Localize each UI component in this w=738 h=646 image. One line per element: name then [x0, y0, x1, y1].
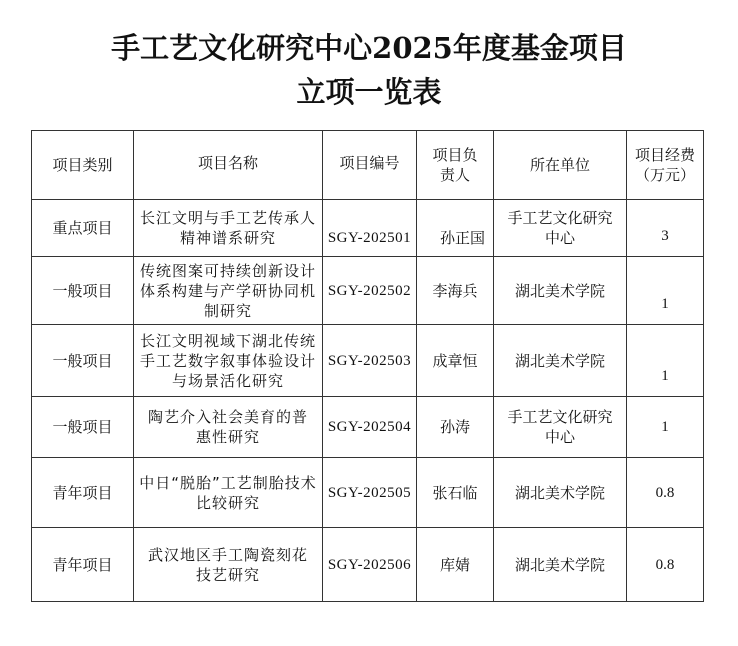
- table-row: 一般项目 陶艺介入社会美育的普惠性研究 SGY-202504 孙涛 手工艺文化研…: [32, 397, 704, 458]
- cell-leader: 孙涛: [417, 397, 494, 458]
- header-leader: 项目负责人: [417, 131, 494, 200]
- cell-unit: 湖北美术学院: [494, 458, 627, 528]
- cell-unit: 湖北美术学院: [494, 257, 627, 325]
- cell-code: SGY-202501: [323, 200, 417, 257]
- cell-code: SGY-202502: [323, 257, 417, 325]
- cell-funding: 0.8: [627, 528, 704, 602]
- cell-code: SGY-202505: [323, 458, 417, 528]
- cell-funding: 0.8: [627, 458, 704, 528]
- document-title-line2: 立项一览表: [0, 70, 738, 111]
- cell-code: SGY-202504: [323, 397, 417, 458]
- cell-name: 长江文明视域下湖北传统手工艺数字叙事体验设计与场景活化研究: [134, 325, 323, 397]
- cell-name: 武汉地区手工陶瓷刻花技艺研究: [134, 528, 323, 602]
- cell-category: 一般项目: [32, 257, 134, 325]
- cell-unit: 湖北美术学院: [494, 325, 627, 397]
- cell-unit: 湖北美术学院: [494, 528, 627, 602]
- cell-leader: 成章恒: [417, 325, 494, 397]
- cell-category: 青年项目: [32, 458, 134, 528]
- cell-funding: 1: [627, 257, 704, 325]
- document-title-line1: 手工艺文化研究中心2025年度基金项目: [0, 26, 738, 67]
- cell-leader: 张石临: [417, 458, 494, 528]
- cell-unit: 手工艺文化研究中心: [494, 200, 627, 257]
- table-row: 一般项目 传统图案可持续创新设计体系构建与产学研协同机制研究 SGY-20250…: [32, 257, 704, 325]
- cell-funding: 1: [627, 397, 704, 458]
- cell-funding: 1: [627, 325, 704, 397]
- cell-name: 中日“脱胎”工艺制胎技术比较研究: [134, 458, 323, 528]
- cell-category: 青年项目: [32, 528, 134, 602]
- table-row: 一般项目 长江文明视域下湖北传统手工艺数字叙事体验设计与场景活化研究 SGY-2…: [32, 325, 704, 397]
- table-row: 青年项目 中日“脱胎”工艺制胎技术比较研究 SGY-202505 张石临 湖北美…: [32, 458, 704, 528]
- cell-funding: 3: [627, 200, 704, 257]
- header-unit: 所在单位: [494, 131, 627, 200]
- cell-leader: 李海兵: [417, 257, 494, 325]
- cell-leader: 库婧: [417, 528, 494, 602]
- cell-category: 重点项目: [32, 200, 134, 257]
- project-table: 项目类别 项目名称 项目编号 项目负责人 所在单位 项目经费（万元） 重点项目 …: [31, 130, 704, 602]
- header-code: 项目编号: [323, 131, 417, 200]
- cell-category: 一般项目: [32, 325, 134, 397]
- header-row: 项目类别 项目名称 项目编号 项目负责人 所在单位 项目经费（万元）: [32, 131, 704, 200]
- cell-code: SGY-202503: [323, 325, 417, 397]
- cell-code: SGY-202506: [323, 528, 417, 602]
- header-category: 项目类别: [32, 131, 134, 200]
- cell-unit: 手工艺文化研究中心: [494, 397, 627, 458]
- cell-name: 陶艺介入社会美育的普惠性研究: [134, 397, 323, 458]
- cell-name: 传统图案可持续创新设计体系构建与产学研协同机制研究: [134, 257, 323, 325]
- cell-category: 一般项目: [32, 397, 134, 458]
- header-funding: 项目经费（万元）: [627, 131, 704, 200]
- header-name: 项目名称: [134, 131, 323, 200]
- table-row: 重点项目 长江文明与手工艺传承人精神谱系研究 SGY-202501 孙正国 手工…: [32, 200, 704, 257]
- cell-name: 长江文明与手工艺传承人精神谱系研究: [134, 200, 323, 257]
- table-row: 青年项目 武汉地区手工陶瓷刻花技艺研究 SGY-202506 库婧 湖北美术学院…: [32, 528, 704, 602]
- cell-leader: 孙正国: [417, 200, 494, 257]
